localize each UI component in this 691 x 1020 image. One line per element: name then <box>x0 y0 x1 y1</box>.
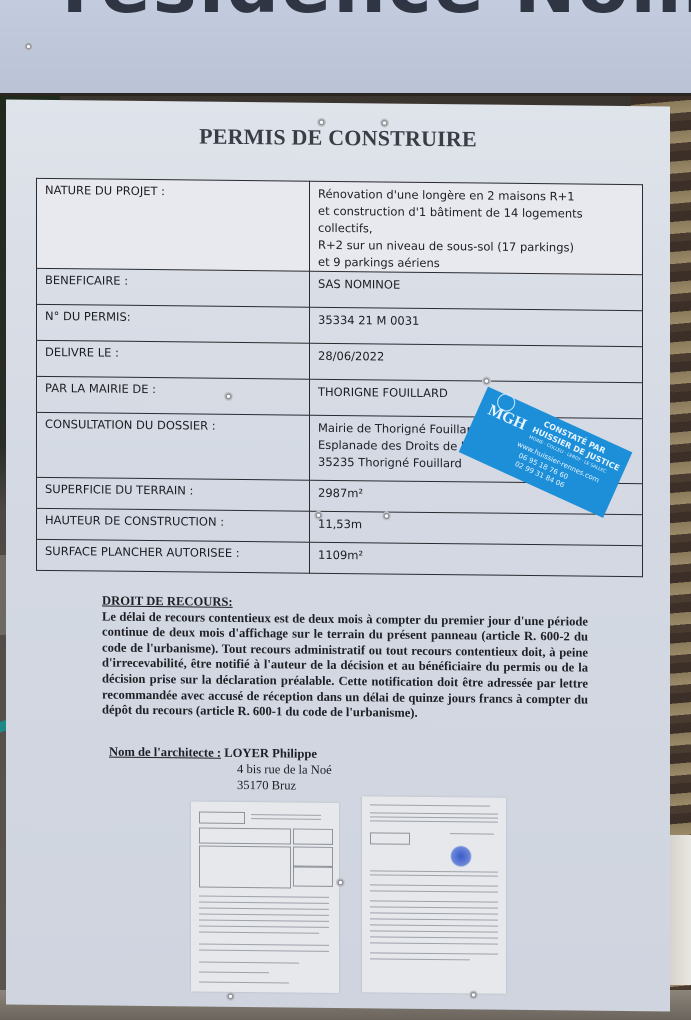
permit-panel: PERMIS DE CONSTRUIRE NATURE DU PROJET : … <box>6 100 670 1012</box>
official-stamp-icon <box>450 845 472 867</box>
row-value: 28/06/2022 <box>310 343 643 382</box>
posted-notification-document <box>362 796 506 994</box>
row-label: HAUTEUR DE CONSTRUCTION : <box>37 508 310 542</box>
screw-icon <box>382 511 391 520</box>
recours-text: Le délai de recours contentieux est de d… <box>102 609 588 720</box>
row-label: BENEFICAIRE : <box>37 268 310 307</box>
architect-name: LOYER Philippe <box>224 746 317 761</box>
row-label: NATURE DU PROJET : <box>37 178 310 271</box>
screw-icon <box>224 392 233 401</box>
row-label: DELIVRE LE : <box>37 340 310 379</box>
residence-sign: residence Nom <box>0 0 691 96</box>
screw-icon <box>469 990 478 999</box>
row-label: N° DU PERMIS: <box>37 304 310 343</box>
row-label: SUPERFICIE DU TERRAIN : <box>37 477 310 511</box>
residence-sign-text: residence Nom <box>62 0 691 30</box>
screw-icon <box>314 511 323 520</box>
screw-icon <box>226 992 235 1001</box>
permit-info-table: NATURE DU PROJET : Rénovation d'une long… <box>36 178 643 577</box>
table-row: NATURE DU PROJET : Rénovation d'une long… <box>37 178 643 274</box>
permit-title: PERMIS DE CONSTRUIRE <box>6 122 670 155</box>
row-label: CONSULTATION DU DOSSIER : <box>37 412 310 480</box>
screw-icon <box>482 377 491 386</box>
row-label: PAR LA MAIRIE DE : <box>37 376 310 415</box>
screw-icon <box>336 878 345 887</box>
table-row: SURFACE PLANCHER AUTORISEE : 1109m² <box>37 539 643 576</box>
architect-address-1: 4 bis rue de la Noé <box>237 762 332 778</box>
posted-permit-document <box>191 801 339 993</box>
architect-label: Nom de l'architecte : <box>109 745 221 760</box>
row-value: SAS NOMINOE <box>310 271 643 310</box>
architect-info: Nom de l'architecte : LOYER Philippe 4 b… <box>109 745 317 762</box>
row-value: 35334 21 M 0031 <box>310 307 643 346</box>
row-value: Rénovation d'une longère en 2 maisons R+… <box>310 181 643 274</box>
screw-icon <box>24 42 33 51</box>
row-label: SURFACE PLANCHER AUTORISEE : <box>37 539 310 573</box>
droit-de-recours: DROIT DE RECOURS: Le délai de recours co… <box>102 594 588 724</box>
row-value: 11,53m <box>310 511 643 545</box>
architect-address-2: 35170 Bruz <box>237 778 296 794</box>
row-value: 1109m² <box>310 542 643 576</box>
